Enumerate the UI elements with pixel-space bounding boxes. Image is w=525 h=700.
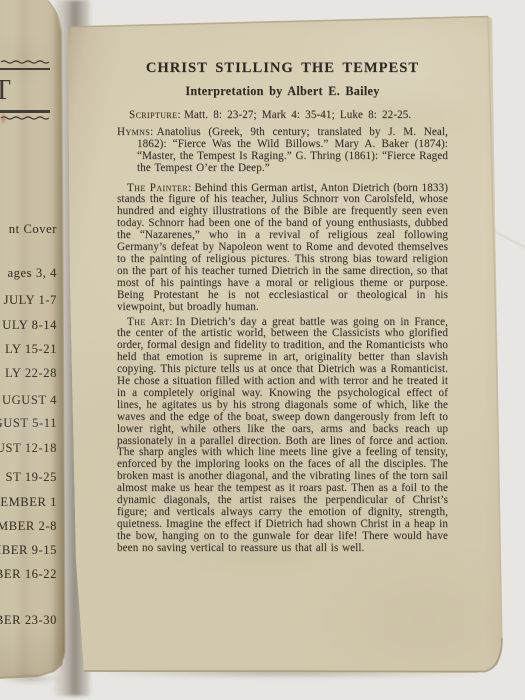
toc-entry: ST 19-25 — [6, 470, 57, 485]
toc-entry: JULY 1-7 — [4, 293, 57, 308]
toc-entry: MBER 9-15 — [0, 543, 57, 558]
toc-entry: nt Cover — [9, 222, 57, 237]
scripture-text: Matt. 8: 23-27; Mark 4: 35-41; Luke 8: 2… — [184, 109, 411, 121]
article-byline: Interpretation by Albert E. Bailey — [117, 85, 448, 98]
left-page-drop-shadow — [0, 674, 60, 683]
straight-rule-top — [0, 68, 50, 70]
painter-paragraph: The Painter:Behind this German artist, A… — [117, 183, 448, 314]
scripture-label: Scripture: — [129, 109, 181, 121]
toc-entry: BER 23-30 — [0, 613, 57, 628]
hymns-label: Hymns: — [117, 126, 154, 138]
toc-entry: MBER 2-8 — [0, 519, 57, 534]
toc-entry: UST 12-18 — [0, 441, 57, 456]
art-text: In Dietrich’s day a great battle was goi… — [117, 316, 448, 554]
toc-entry: UGUST 4 — [2, 393, 57, 408]
page-stain — [0, 112, 7, 125]
toc-entry: LY 15-21 — [5, 342, 57, 357]
open-book-photo: T S nt Cover ages 3, 4 JULY 1-7 ULY 8-14… — [0, 0, 525, 700]
toc-entry: ULY 8-14 — [2, 318, 57, 333]
wavy-rule-top — [0, 59, 52, 65]
hymns-text: Anatolius (Greek, 9th century; translate… — [137, 126, 448, 174]
wavy-rule-bottom — [0, 115, 52, 121]
scripture-line: Scripture:Matt. 8: 23-27; Mark 4: 35-41;… — [129, 110, 448, 122]
art-label: The Art: — [127, 316, 173, 328]
toc-entry: ages 3, 4 — [8, 266, 58, 281]
painter-text: Behind this German artist, Anton Dietric… — [117, 182, 448, 313]
right-page: CHRIST STILLING THE TEMPEST Interpretati… — [64, 0, 504, 678]
hymns-paragraph: Hymns:Anatolius (Greek, 9th century; tra… — [117, 127, 448, 175]
straight-rule-bottom — [0, 110, 50, 113]
toc-entry: GUST 5-11 — [0, 416, 57, 431]
article-title: CHRIST STILLING THE TEMPEST — [117, 60, 448, 76]
toc-entry: BER 16-22 — [0, 567, 57, 582]
painter-label: The Painter: — [127, 182, 192, 194]
art-paragraph: The Art:In Dietrich’s day a great battle… — [117, 317, 448, 555]
toc-entry: TEMBER 1 — [0, 495, 57, 510]
printed-text-block: CHRIST STILLING THE TEMPEST Interpretati… — [117, 60, 448, 558]
toc-entry: LY 22-28 — [5, 366, 57, 381]
